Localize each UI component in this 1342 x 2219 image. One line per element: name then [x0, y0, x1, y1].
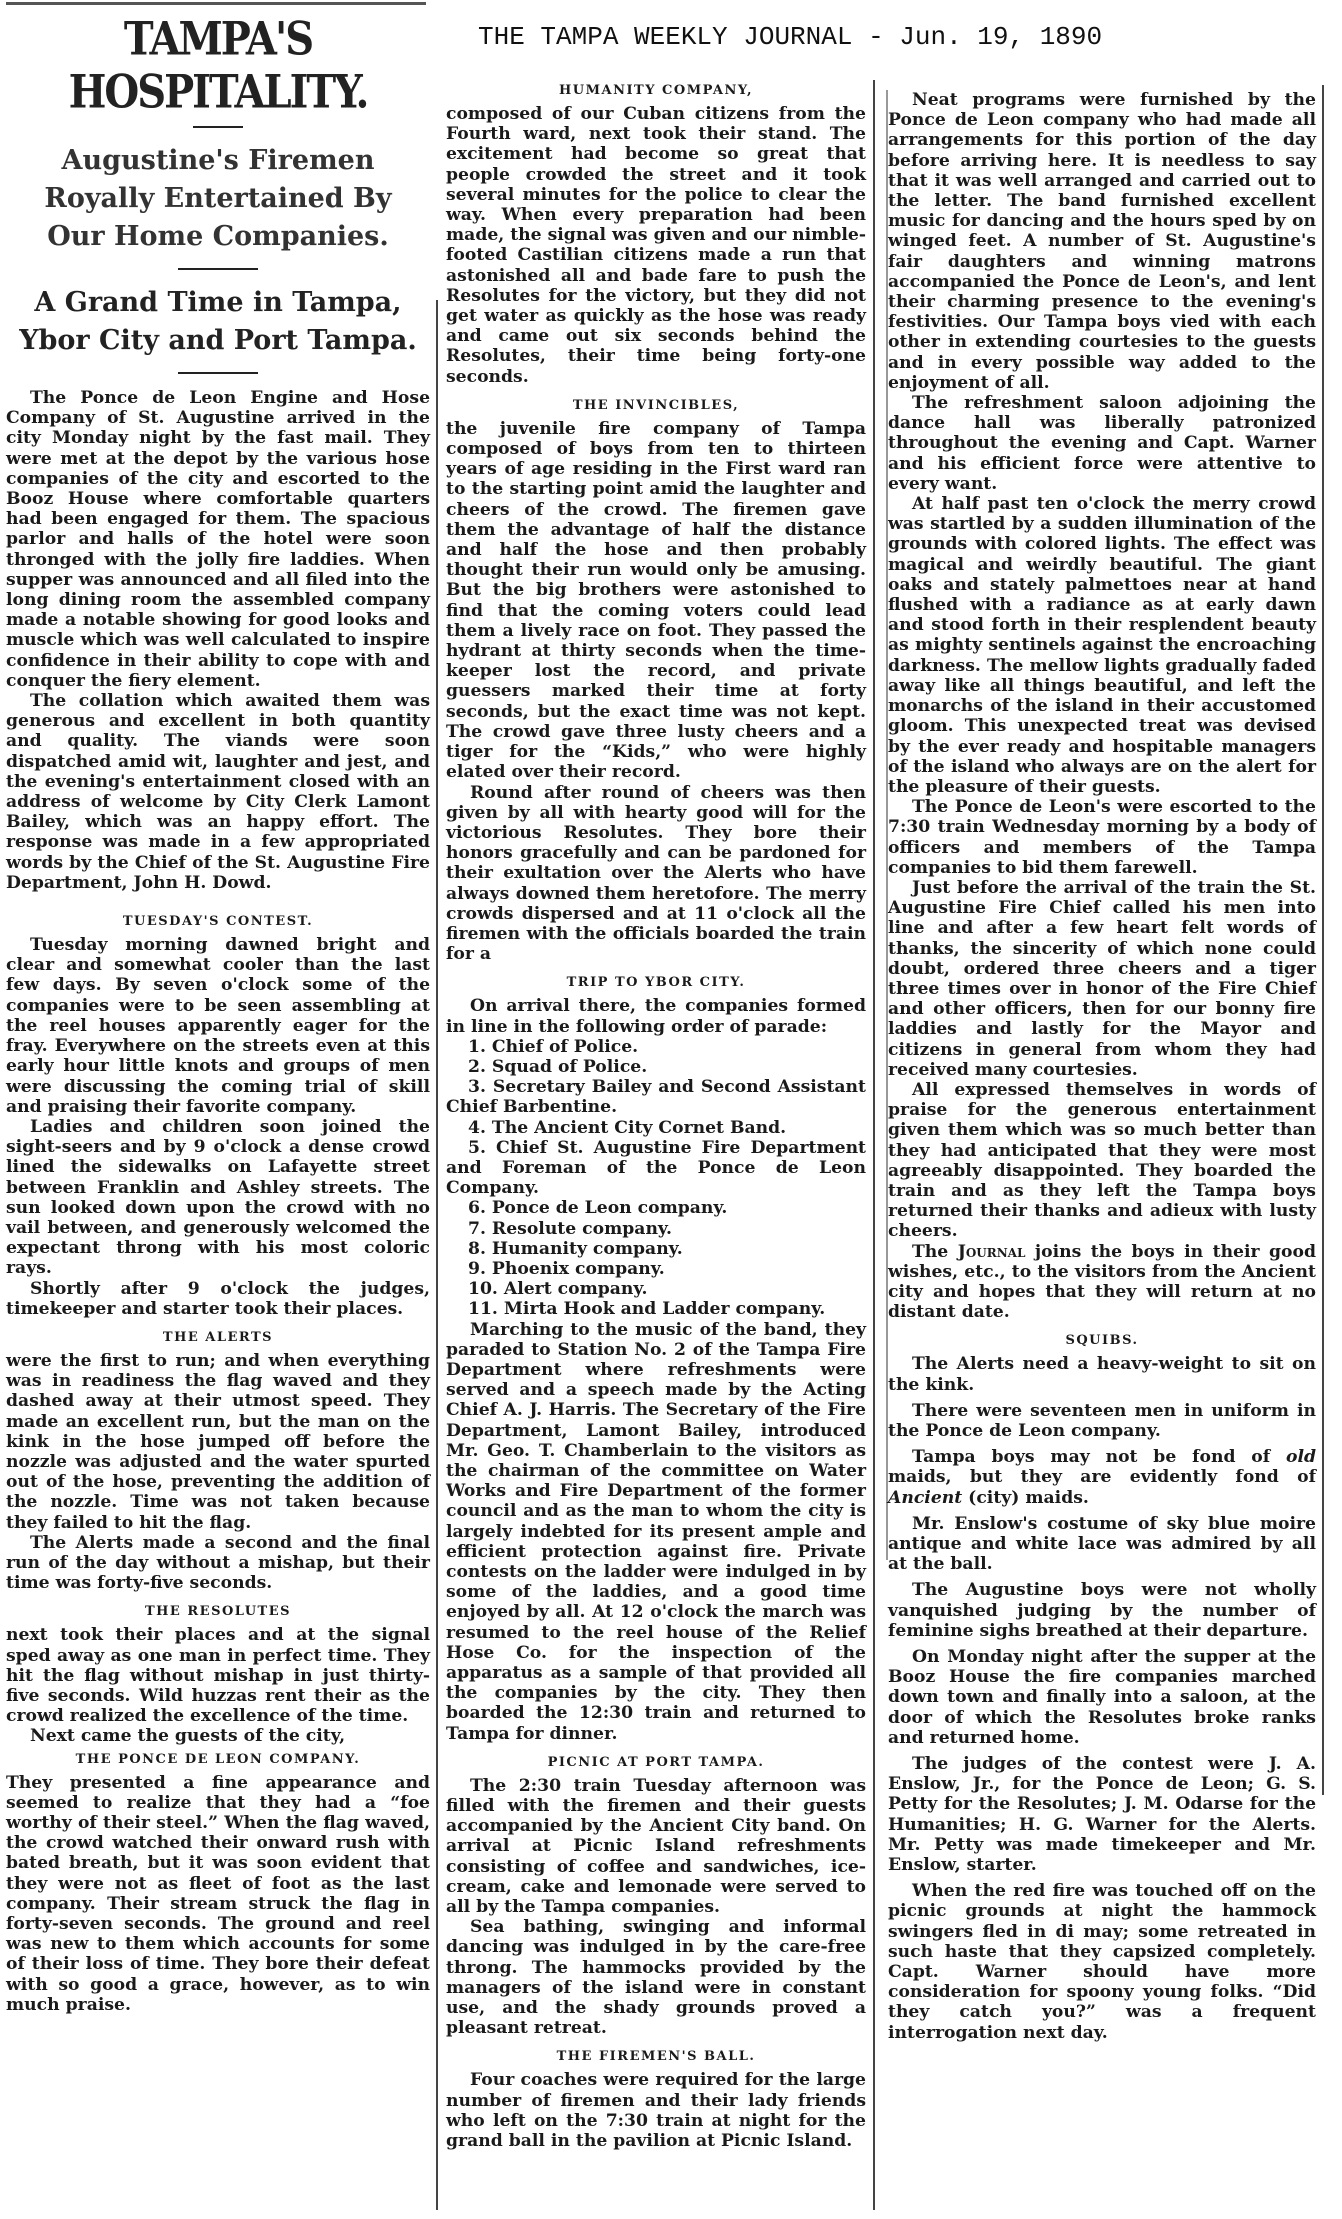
article-headline: TAMPA'S HOSPITALITY.	[6, 13, 430, 119]
paragraph: The Alerts made a second and the final r…	[6, 1533, 430, 1594]
column-divider	[873, 80, 875, 2210]
parade-order-list: 1. Chief of Police. 2. Squad of Police. …	[446, 1037, 866, 1320]
article-column-1: TAMPA'S HOSPITALITY. Augustine's Firemen…	[6, 20, 430, 2015]
paragraph: Ladies and children soon joined the sigh…	[6, 1117, 430, 1279]
paragraph: The collation which awaited them was gen…	[6, 691, 430, 893]
section-heading-tuesdays-contest: TUESDAY'S CONTEST.	[6, 911, 430, 933]
paragraph: next took their places and at the signal…	[6, 1625, 430, 1726]
paragraph: composed of our Cuban citizens from the …	[446, 104, 866, 387]
list-item: 4. The Ancient City Cornet Band.	[446, 1118, 866, 1138]
paragraph: were the first to run; and when everythi…	[6, 1351, 430, 1533]
paragraph: Next came the guests of the city,	[6, 1726, 430, 1746]
article-deck-secondary: A Grand Time in Tampa, Ybor City and Por…	[8, 284, 428, 360]
paragraph: Round after round of cheers was then giv…	[446, 783, 866, 965]
squib-paragraph: The Augustine boys were not wholly vanqu…	[888, 1580, 1316, 1641]
section-heading-the-alerts: THE ALERTS	[6, 1327, 430, 1349]
divider-dash	[178, 372, 258, 374]
newspaper-name: Journal	[958, 1242, 1026, 1262]
list-item: 9. Phoenix company.	[446, 1259, 866, 1279]
paragraph: The refreshment saloon adjoining the dan…	[888, 393, 1316, 494]
section-heading-ponce-de-leon-company: THE PONCE DE LEON COMPANY.	[6, 1749, 430, 1771]
section-heading-humanity-company: HUMANITY COMPANY,	[446, 80, 866, 102]
text-run: maids, but they are evidently fond of	[888, 1467, 1316, 1487]
divider-dash	[193, 126, 243, 128]
paragraph: All expressed themselves in words of pra…	[888, 1080, 1316, 1242]
paragraph: The 2:30 train Tuesday afternoon was fil…	[446, 1776, 866, 1917]
squib-paragraph: There were seventeen men in uniform in t…	[888, 1401, 1316, 1441]
paragraph: They presented a fine appearance and see…	[6, 1773, 430, 2015]
top-border-rule	[6, 2, 426, 5]
list-item: 11. Mirta Hook and Ladder company.	[446, 1299, 866, 1319]
article-column-3: Neat programs were furnished by the Ponc…	[888, 90, 1316, 2043]
paragraph: Marching to the music of the band, they …	[446, 1320, 866, 1744]
text-run: Tampa boys may not be fond of	[912, 1447, 1286, 1467]
italic-text: old	[1286, 1447, 1316, 1467]
paragraph: The Journal joins the boys in their good…	[888, 1242, 1316, 1323]
section-heading-the-resolutes: THE RESOLUTES	[6, 1601, 430, 1623]
section-heading-the-invincibles: THE INVINCIBLES,	[446, 395, 866, 417]
column-divider	[436, 300, 438, 2210]
section-heading-picnic-at-port-tampa: PICNIC AT PORT TAMPA.	[446, 1752, 866, 1774]
squib-paragraph: On Monday night after the supper at the …	[888, 1647, 1316, 1748]
list-item: 1. Chief of Police.	[446, 1037, 866, 1057]
paragraph: The Ponce de Leon's were escorted to the…	[888, 797, 1316, 878]
paragraph: The Ponce de Leon Engine and Hose Compan…	[6, 388, 430, 691]
list-item: 8. Humanity company.	[446, 1239, 866, 1259]
squib-paragraph: Tampa boys may not be fond of old maids,…	[888, 1447, 1316, 1508]
article-deck-primary: Augustine's Firemen Royally Entertained …	[20, 142, 416, 256]
list-item: 6. Ponce de Leon company.	[446, 1198, 866, 1218]
paragraph: Tuesday morning dawned bright and clear …	[6, 935, 430, 1117]
paragraph: Sea bathing, swinging and informal danci…	[446, 1917, 866, 2038]
paragraph: On arrival there, the companies formed i…	[446, 996, 866, 1036]
list-item: 7. Resolute company.	[446, 1219, 866, 1239]
text-run: (city) maids.	[962, 1488, 1089, 1508]
paragraph: the juvenile fire company of Tampa compo…	[446, 419, 866, 783]
newspaper-masthead: THE TAMPA WEEKLY JOURNAL - Jun. 19, 1890	[478, 22, 1102, 52]
list-item: 5. Chief St. Augustine Fire Department a…	[446, 1138, 866, 1199]
squib-paragraph: Mr. Enslow's costume of sky blue moire a…	[888, 1514, 1316, 1575]
list-item: 3. Secretary Bailey and Second Assistant…	[446, 1077, 866, 1117]
section-heading-trip-to-ybor-city: TRIP TO YBOR CITY.	[446, 972, 866, 994]
column-divider	[1322, 85, 1324, 1795]
paragraph: Shortly after 9 o'clock the judges, time…	[6, 1279, 430, 1319]
article-column-2: HUMANITY COMPANY, composed of our Cuban …	[446, 80, 866, 2151]
section-heading-firemens-ball: THE FIREMEN'S BALL.	[446, 2046, 866, 2068]
squib-paragraph: The Alerts need a heavy-weight to sit on…	[888, 1354, 1316, 1394]
paragraph: At half past ten o'clock the merry crowd…	[888, 494, 1316, 797]
section-heading-squibs: SQUIBS.	[888, 1330, 1316, 1352]
text-run: The	[912, 1242, 958, 1262]
paragraph: Neat programs were furnished by the Ponc…	[888, 90, 1316, 393]
italic-text: Ancient	[888, 1488, 962, 1508]
paragraph: Just before the arrival of the train the…	[888, 878, 1316, 1080]
list-item: 10. Alert company.	[446, 1279, 866, 1299]
squib-paragraph: When the red fire was touched off on the…	[888, 1881, 1316, 2043]
list-item: 2. Squad of Police.	[446, 1057, 866, 1077]
divider-dash	[178, 268, 258, 270]
squib-paragraph: The judges of the contest were J. A. Ens…	[888, 1754, 1316, 1875]
paragraph: Four coaches were required for the large…	[446, 2070, 866, 2151]
